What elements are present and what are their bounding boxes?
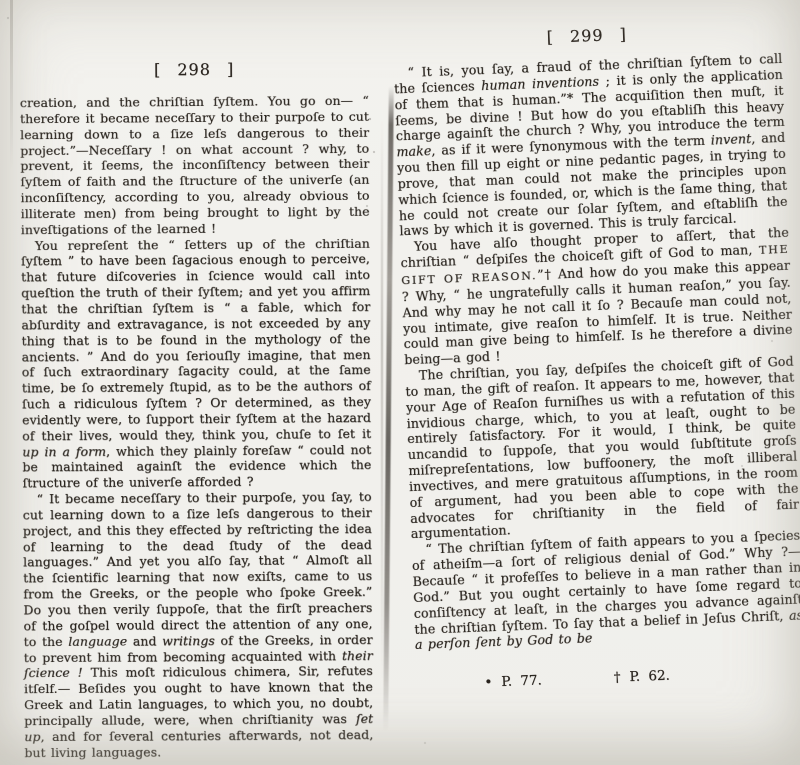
text-run: The chriſtian, you ſay, deſpiſes the cho… xyxy=(405,354,799,542)
paragraph: creation, and the chriſtian ſyſtem. You … xyxy=(20,93,370,238)
text-run: You repreſent the “ ſetters up of the ch… xyxy=(21,235,371,443)
text-run: , and for ſeveral centuries afterwards, … xyxy=(24,727,373,760)
paragraph: “ It became neceſſary to their purpoſe, … xyxy=(23,489,374,761)
paragraph: “ The chriſtian ſyſtem of faith appears … xyxy=(411,528,800,653)
page-number-left: [ 298 ] xyxy=(20,59,369,80)
paragraph: You have alſo thought proper to aſſert, … xyxy=(400,225,794,368)
text-run-italic: up in a form xyxy=(22,443,106,459)
paragraph: You repreſent the “ ſetters up of the ch… xyxy=(21,235,372,491)
text-run-italic: make xyxy=(396,143,431,159)
paper-crease xyxy=(10,0,13,170)
footnotes: •P. 77. †P. 62. xyxy=(416,663,800,694)
footnote: †P. 62. xyxy=(613,668,670,686)
footnote: •P. 77. xyxy=(484,673,542,691)
text-run: creation, and the chriſtian ſyſtem. You … xyxy=(20,93,370,237)
footnote-label: P. 62. xyxy=(629,668,670,686)
text-run: and xyxy=(127,633,162,648)
paragraph: “ It is, you ſay, a fraud of the chriſti… xyxy=(393,51,788,240)
book-scan: [ 298 ] creation, and the chriſtian ſyſt… xyxy=(0,0,800,765)
text-run-italic: language xyxy=(68,633,127,648)
page-right-text: “ It is, you ſay, a fraud of the chriſti… xyxy=(393,51,800,653)
page-left: [ 298 ] creation, and the chriſtian ſyſt… xyxy=(20,59,374,761)
page-number-right: [ 299 ] xyxy=(392,19,781,53)
text-run: “ It became neceſſary to their purpoſe, … xyxy=(23,489,373,649)
text-run-italic: writings xyxy=(162,633,215,648)
dagger-footnote-marker: † xyxy=(613,670,620,686)
text-run-italic: invent xyxy=(710,131,751,148)
book-gutter-fold xyxy=(383,86,394,731)
page-right: [ 299 ] “ It is, you ſay, a fraud of the… xyxy=(392,19,800,693)
footnote-label: P. 77. xyxy=(501,673,542,691)
book-gutter-shadow xyxy=(381,120,383,680)
page-left-text: creation, and the chriſtian ſyſtem. You … xyxy=(20,93,374,761)
text-run: “ The chriſtian ſyſtem of faith appears … xyxy=(412,528,800,637)
paragraph: The chriſtian, you ſay, deſpiſes the cho… xyxy=(405,354,800,543)
asterisk-footnote-marker: • xyxy=(484,674,493,690)
